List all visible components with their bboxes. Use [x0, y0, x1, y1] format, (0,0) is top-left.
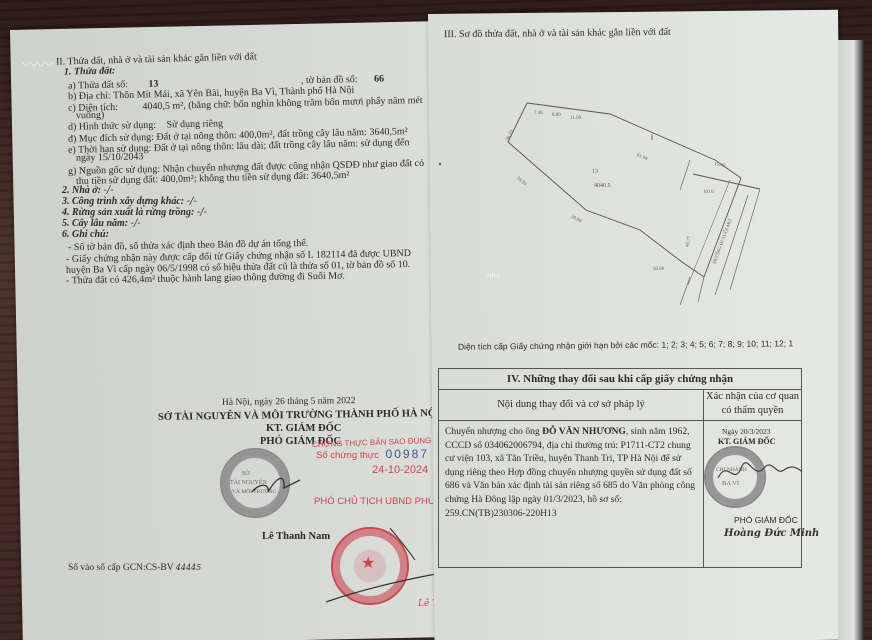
change-entry-body: , sinh năm 1962, CCCD số 034062006794, đ…: [445, 426, 695, 519]
item-perennial-label: 5. Cây lâu năm:: [62, 218, 128, 229]
changes-table: IV. Những thay đổi sau khi cấp giấy chứn…: [438, 368, 802, 568]
issue-date: Hà Nội, ngày 26 tháng 5 năm 2022: [222, 395, 356, 409]
item-perennial-value: -/-: [131, 218, 141, 229]
registry-label: Số vào sổ cấp GCN:CS-BV: [68, 563, 173, 573]
edge-label: 30.86: [653, 264, 664, 276]
edge-label: 11.00: [570, 113, 581, 125]
address-label: b) Địa chỉ:: [68, 90, 111, 102]
watermark-small: nhà: [487, 272, 500, 280]
registry-value: 44445: [176, 563, 201, 572]
changes-content-header: Nội dung thay đổi và cơ sở pháp lý: [439, 390, 703, 421]
item-house-label: 2. Nhà ở:: [62, 185, 101, 196]
registry-row: Số vào sổ cấp GCN:CS-BV 44445: [68, 562, 201, 574]
page-edges: [838, 40, 864, 640]
item-other-construction-label: 3. Công trình xây dựng khác:: [62, 196, 184, 207]
change-entry-prefix: Chuyển nhượng cho ông: [445, 426, 542, 437]
confirmation-position: PHÓ GIÁM ĐỐC: [734, 514, 798, 526]
map-sheet-value: 66: [374, 73, 384, 84]
authority-header-line2: có thẩm quyền: [704, 404, 801, 418]
confirmation-signer: Hoàng Đức Minh: [724, 528, 819, 540]
changes-table-title: IV. Những thay đổi sau khi cấp giấy chứn…: [439, 369, 801, 390]
item-other-construction-value: -/-: [187, 196, 197, 207]
item-forest-label: 4. Rừng sản xuất là rừng trồng:: [62, 207, 194, 218]
changes-content-column: Nội dung thay đổi và cơ sở pháp lý Chuyể…: [439, 390, 704, 567]
parcel-number-value: 13: [148, 79, 158, 90]
branch-signature-icon: [714, 448, 804, 498]
usage-term-cont: ngày 15/10/2043: [76, 151, 144, 165]
notes-heading: 6. Ghi chú:: [62, 229, 109, 241]
edge-label: 7.46: [534, 108, 543, 120]
watermark-logo-icon: 〰〰: [22, 52, 52, 75]
item-forest-value: -/-: [197, 207, 207, 218]
kt-director: KT. GIÁM ĐỐC: [266, 423, 341, 435]
usage-form-label: d) Hình thức sử dụng:: [68, 120, 156, 133]
edge-label: 8.80: [552, 110, 561, 122]
authority-header: Xác nhận của cơ quan có thẩm quyền: [704, 390, 801, 421]
certification-date: 24-10-2024: [372, 464, 428, 476]
authority-confirmation-column: Xác nhận của cơ quan có thẩm quyền Ngày …: [704, 390, 801, 567]
item-house-value: -/-: [103, 185, 113, 196]
authority-header-line1: Xác nhận của cơ quan: [704, 390, 801, 404]
edge-label: 10.01: [703, 187, 714, 199]
usage-form-value: Sử dụng riêng: [166, 118, 223, 130]
certification-number-label: Số chứng thực: [316, 450, 379, 461]
parcel-heading: 1. Thửa đất:: [64, 65, 116, 78]
director-signature-icon: [250, 462, 310, 502]
section-iii-title: III. Sơ đồ thửa đất, nhà ở và tài sản kh…: [444, 27, 671, 41]
plot-parcel-number: 13: [592, 166, 598, 178]
transferee-name: ĐỖ VĂN NHƯƠNG: [542, 426, 626, 437]
plot-area: 4040.5: [594, 180, 611, 192]
change-entry: Chuyển nhượng cho ông ĐỖ VĂN NHƯƠNG, sin…: [439, 421, 703, 524]
